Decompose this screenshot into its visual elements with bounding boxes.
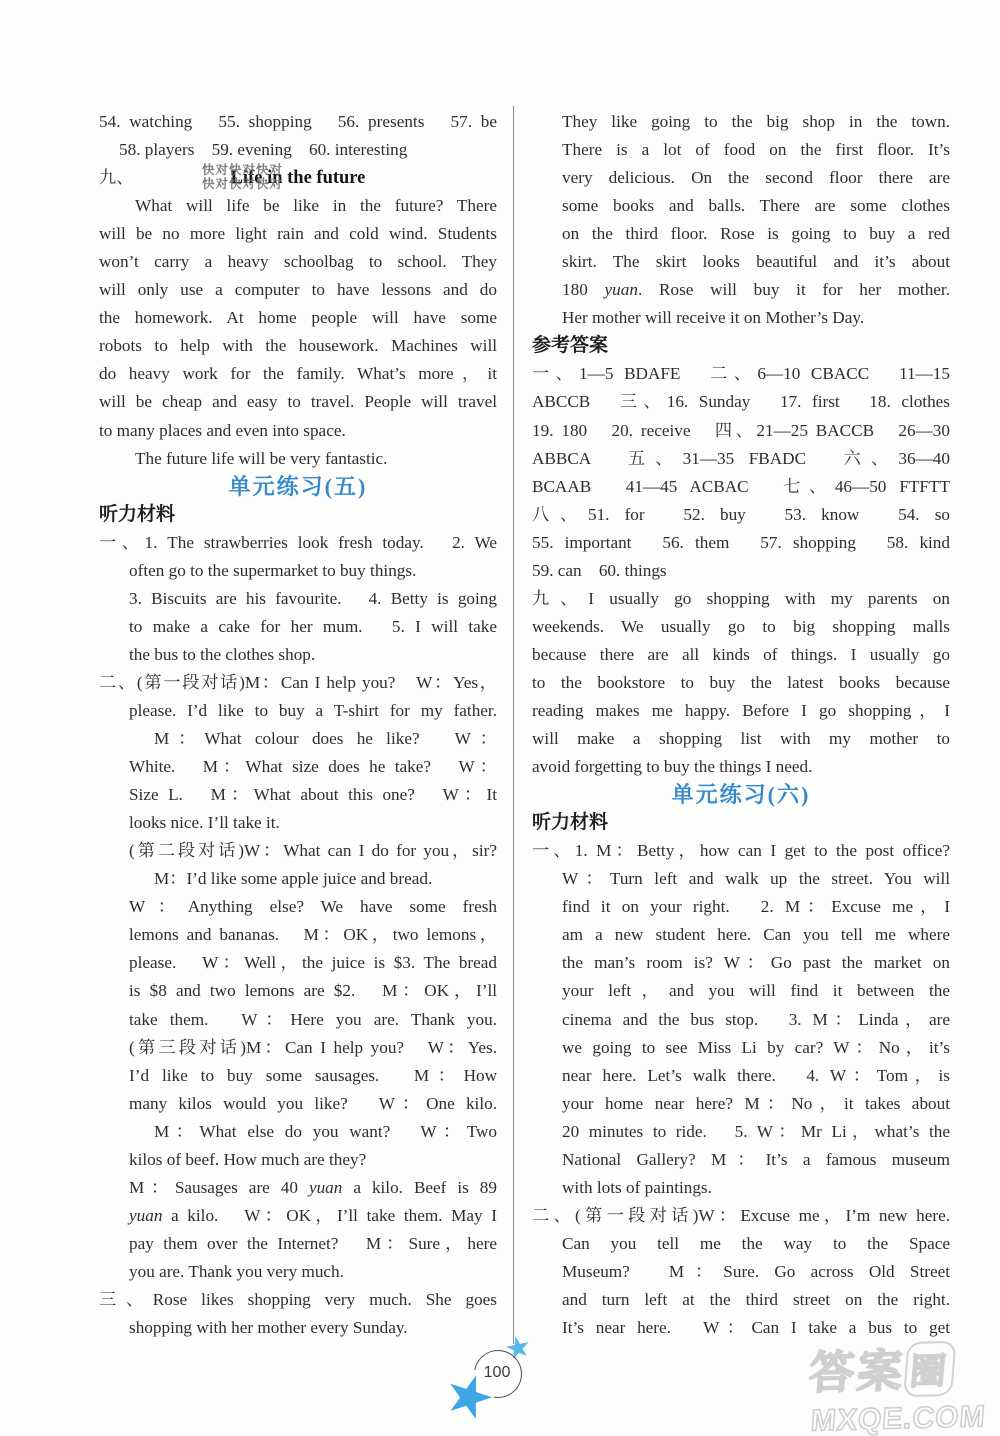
- text-run: . Rose will buy it for her mother.: [638, 280, 950, 299]
- text-line: Can you tell me the way to the Space: [532, 1230, 950, 1258]
- text-line: cinema and the bus stop. 3. M：Linda，are: [532, 1006, 950, 1034]
- workbook-answer-page: 54. watching 55. shopping 56. presents 5…: [0, 0, 1000, 1436]
- text-run: a kilo. Beef is 89: [342, 1178, 497, 1197]
- text-line: Her mother will receive it on Mother’s D…: [532, 304, 950, 332]
- text-line: Size L. M：What about this one? W：It: [99, 781, 497, 809]
- text-line: robots to help with the housework. Machi…: [99, 332, 497, 360]
- text-line: I’d like to buy some sausages. M：How: [99, 1062, 497, 1090]
- text-line: There is a lot of food on the first floo…: [532, 136, 950, 164]
- text-line: the homework. At home people will have s…: [99, 304, 497, 332]
- page-number-badge: 100: [446, 1336, 550, 1432]
- text-line: 八、51. for 52. buy 53. know 54. so: [532, 501, 950, 529]
- text-line: and turn left at the third street on the…: [532, 1286, 950, 1314]
- text-line: (第二段对话)W：What can I do for you，sir?: [99, 837, 497, 865]
- text-line: 一、1. The strawberries look fresh today. …: [99, 529, 497, 557]
- text-line: W：Anything else? We have some fresh: [99, 893, 497, 921]
- text-line: 二、(第一段对话)W：Excuse me，I’m new here.: [532, 1202, 950, 1230]
- text-line: your left，and you will find it between t…: [532, 977, 950, 1005]
- italic-run: yuan: [309, 1178, 342, 1197]
- brand-circled-char: 圈: [903, 1341, 956, 1397]
- section-heading: 听力材料: [99, 501, 497, 529]
- text-line: do heavy work for the family. What’s mor…: [99, 360, 497, 388]
- text-line: Museum? M：Sure. Go across Old Street: [532, 1258, 950, 1286]
- text-line: They like going to the big shop in the t…: [532, 108, 950, 136]
- text-line: kilos of beef. How much are they?: [99, 1146, 497, 1174]
- text-line: looks nice. I’ll take it.: [99, 809, 497, 837]
- text-line: the bus to the clothes shop.: [99, 641, 497, 669]
- text-line: will be cheap and easy to travel. People…: [99, 388, 497, 416]
- text-line: because there are all kinds of things. I…: [532, 641, 950, 669]
- text-line: What will life be like in the future? Th…: [99, 192, 497, 220]
- section-marker: 九、: [99, 164, 133, 192]
- text-line: (第三段对话)M：Can I help you? W：Yes.: [99, 1034, 497, 1062]
- text-line: lemons and bananas. M：OK，two lemons，: [99, 921, 497, 949]
- text-line: BCAAB 41—45 ACBAC 七、46—50 FTFTT: [532, 473, 950, 501]
- text-line: yuan a kilo. W：OK，I’ll take them. May I: [99, 1202, 497, 1230]
- text-line: am a new student here. Can you tell me w…: [532, 921, 950, 949]
- unit-exercise-title: 单元练习(五): [99, 473, 497, 501]
- text-line: 20 minutes to ride. 5. W：Mr Li，what’s th…: [532, 1118, 950, 1146]
- text-line: 三、Rose likes shopping very much. She goe…: [99, 1286, 497, 1314]
- section-heading: 参考答案: [532, 332, 950, 360]
- text-line: 19. 180 20. receive 四、21—25 BACCB 26—30: [532, 417, 950, 445]
- text-line: will be no more light rain and cold wind…: [99, 220, 497, 248]
- text-line: 58. players 59. evening 60. interesting: [99, 136, 497, 164]
- text-line: M：What colour does he like? W：: [99, 725, 497, 753]
- text-line: very delicious. On the second floor ther…: [532, 164, 950, 192]
- italic-run: yuan: [129, 1206, 162, 1225]
- text-line: on the third floor. Rose is going to buy…: [532, 220, 950, 248]
- text-line: skirt. The skirt looks beautiful and it’…: [532, 248, 950, 276]
- text-line: take them. W：Here you are. Thank you.: [99, 1006, 497, 1034]
- text-line: find it on your right. 2. M：Excuse me，I: [532, 893, 950, 921]
- text-line: 180 yuan. Rose will buy it for her mothe…: [532, 276, 950, 304]
- text-line: to the bookstore to buy the latest books…: [532, 669, 950, 697]
- text-line: please. W：Well，the juice is $3. The brea…: [99, 949, 497, 977]
- brand-prefix: 答案: [807, 1345, 907, 1399]
- text-line: W：Turn left and walk up the street. You …: [532, 865, 950, 893]
- unit-exercise-title: 单元练习(六): [532, 781, 950, 809]
- text-line: M：What else do you want? W：Two: [99, 1118, 497, 1146]
- text-line: often go to the supermarket to buy thing…: [99, 557, 497, 585]
- text-line: It’s near here. W：Can I take a bus to ge…: [532, 1314, 950, 1342]
- text-run: M：Sausages are 40: [129, 1178, 309, 1197]
- text-line: ABBCA 五、31—35 FBADC 六、36—40: [532, 445, 950, 473]
- left-column-lines: 54. watching 55. shopping 56. presents 5…: [99, 108, 497, 1342]
- text-line: White. M：What size does he take? W：: [99, 753, 497, 781]
- text-line: avoid forgetting to buy the things I nee…: [532, 753, 950, 781]
- text-line: to make a cake for her mum. 5. I will ta…: [99, 613, 497, 641]
- text-line: 54. watching 55. shopping 56. presents 5…: [99, 108, 497, 136]
- text-line: The future life will be very fantastic.: [99, 445, 497, 473]
- text-line: 九、I usually go shopping with my parents …: [532, 585, 950, 613]
- text-line: 3. Biscuits are his favourite. 4. Betty …: [99, 585, 497, 613]
- site-watermark-text: MXQE.COM: [810, 1399, 1000, 1436]
- text-line: near here. Let’s walk there. 4. W：Tom，is: [532, 1062, 950, 1090]
- text-line: M：Sausages are 40 yuan a kilo. Beef is 8…: [99, 1174, 497, 1202]
- text-line: is $8 and two lemons are $2. M：OK，I’ll: [99, 977, 497, 1005]
- text-line: shopping with her mother every Sunday.: [99, 1314, 497, 1342]
- text-run: a kilo. W：OK，I’ll take them. May I: [162, 1206, 497, 1225]
- text-line: ABCCB 三、16. Sunday 17. first 18. clothes: [532, 388, 950, 416]
- italic-run: yuan: [605, 280, 638, 299]
- text-line: 一、1—5 BDAFE 二、6—10 CBACC 11—15: [532, 360, 950, 388]
- text-line: please. I’d like to buy a T-shirt for my…: [99, 697, 497, 725]
- text-line: with lots of paintings.: [532, 1174, 950, 1202]
- column-divider: [513, 106, 514, 1344]
- text-line: your home near here? M：No，it takes about: [532, 1090, 950, 1118]
- text-line: many kilos would you like? W：One kilo.: [99, 1090, 497, 1118]
- text-line: some books and balls. There are some clo…: [532, 192, 950, 220]
- text-line: National Gallery? M：It’s a famous museum: [532, 1146, 950, 1174]
- answer-circle-watermark: 答案圈 MXQE.COM: [809, 1331, 1000, 1436]
- text-line: weekends. We usually go to big shopping …: [532, 613, 950, 641]
- page-number: 100: [474, 1350, 520, 1396]
- text-line: 55. important 56. them 57. shopping 58. …: [532, 529, 950, 557]
- text-line: 二、(第一段对话)M：Can I help you? W：Yes，: [99, 669, 497, 697]
- text-line: reading makes me happy. Before I go shop…: [532, 697, 950, 725]
- right-column-lines: They like going to the big shop in the t…: [532, 108, 950, 1342]
- text-line: 59. can 60. things: [532, 557, 950, 585]
- text-run: 180: [562, 280, 605, 299]
- text-line: to many places and even into space.: [99, 417, 497, 445]
- text-line: won’t carry a heavy schoolbag to school.…: [99, 248, 497, 276]
- passage-title: Life in the future: [231, 168, 366, 188]
- text-line: will make a shopping list with my mother…: [532, 725, 950, 753]
- passage-title-line: 九、Life in the future: [99, 164, 497, 192]
- text-line: pay them over the Internet? M：Sure，here: [99, 1230, 497, 1258]
- text-line: you are. Thank you very much.: [99, 1258, 497, 1286]
- text-line: 一、1. M：Betty，how can I get to the post o…: [532, 837, 950, 865]
- text-line: will only use a computer to have lessons…: [99, 276, 497, 304]
- text-line: the man’s room is? W：Go past the market …: [532, 949, 950, 977]
- text-line: we going to see Miss Li by car? W：No，it’…: [532, 1034, 950, 1062]
- section-heading: 听力材料: [532, 809, 950, 837]
- text-line: M：I’d like some apple juice and bread.: [99, 865, 497, 893]
